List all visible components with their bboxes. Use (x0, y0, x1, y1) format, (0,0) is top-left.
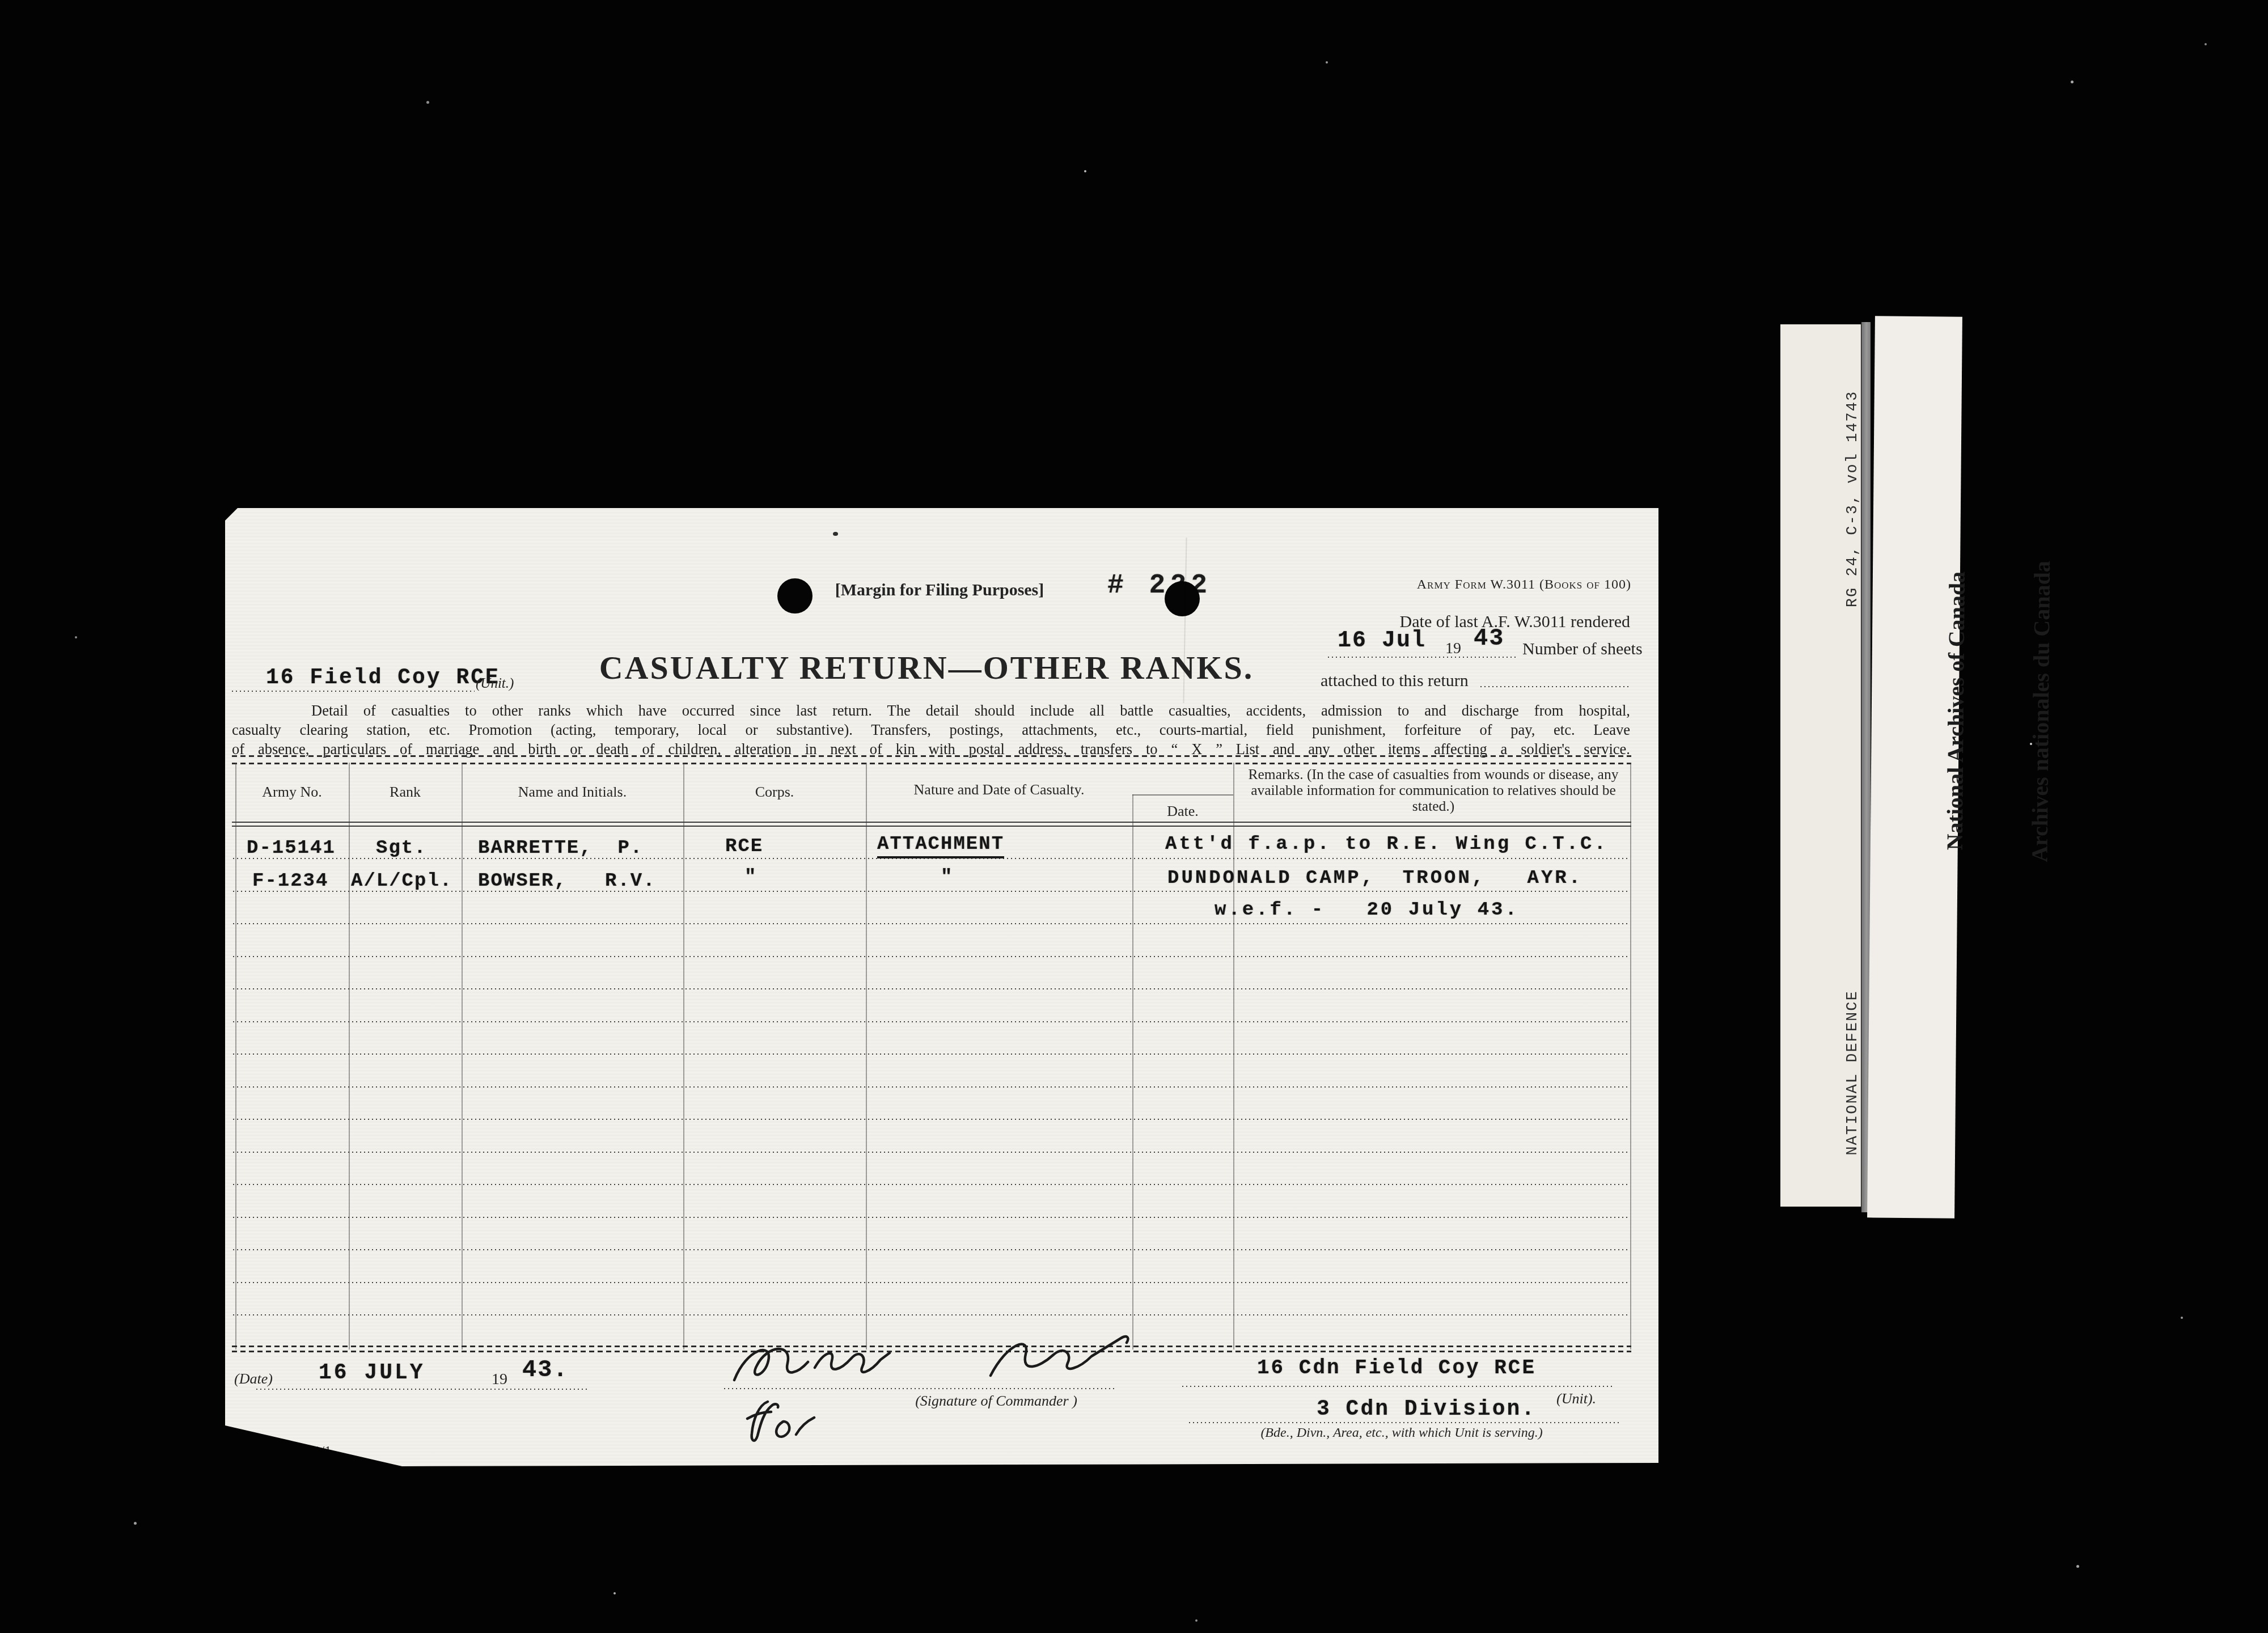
national-archives-text: National Archives of Canada Archives nat… (1883, 484, 1946, 938)
footer-unit-label: (Unit). (1556, 1390, 1596, 1407)
film-speck (2076, 1565, 2079, 1568)
archive-reference-strip: RG 24, C-3, vol 14743 File/dossier 718 N… (1780, 324, 1861, 1207)
header-name-initials: Name and Initials. (462, 784, 683, 801)
table-row-dotted-line (233, 1119, 1630, 1120)
footer-unit-value: 16 Cdn Field Coy RCE (1257, 1356, 1536, 1380)
table-row-dotted-line (233, 1249, 1630, 1250)
national-defence-text: NATIONAL DEFENCE DEFENSE NATIONALE (1799, 940, 1842, 1206)
table-row-dotted-line (233, 988, 1630, 989)
punch-hole-right (1165, 581, 1200, 616)
number-of-sheets-label: Number of sheets (1522, 640, 1643, 659)
footer-year-prefix: 19 (492, 1370, 507, 1389)
attached-dotted-line (1480, 686, 1630, 687)
header-date-subcolumn: Date. (1132, 803, 1233, 820)
header-bottom-rule-2 (232, 826, 1631, 827)
footer-division-label: (Bde., Divn., Area, etc., with which Uni… (1240, 1425, 1563, 1441)
national-archives-line1: National Archives of Canada (1940, 484, 1972, 937)
table-row-dotted-line (233, 923, 1630, 924)
national-archives-line2: Archives nationales du Canada (2025, 485, 2057, 938)
film-speck (75, 636, 77, 638)
header-rank: Rank (349, 784, 462, 801)
col-divider-corps-nature (866, 763, 867, 1349)
punch-hole-left (777, 578, 813, 614)
table-row-dotted-line (233, 1021, 1630, 1022)
row2-rank: A/L/Cpl. (351, 870, 452, 892)
date-rendered-dotted-line (1328, 657, 1518, 658)
film-speck (134, 1522, 137, 1525)
col-divider-nature-date (1132, 794, 1133, 1349)
footer-date-value: 16 JULY (319, 1361, 425, 1385)
casualty-return-form-page: [Margin for Filing Purposes] # 222 Army … (225, 508, 1658, 1466)
archive-reference-line1: RG 24, C-3, vol 14743 (1842, 340, 1864, 658)
header-army-no: Army No. (235, 784, 349, 801)
date-subcolumn-top-rule (1132, 794, 1233, 796)
film-speck (426, 101, 429, 104)
col-divider-name-corps (683, 763, 684, 1349)
film-speck (2204, 43, 2207, 45)
archive-reference-text: RG 24, C-3, vol 14743 File/dossier 718 (1799, 340, 1842, 658)
footer-date-dotted-line (256, 1389, 588, 1390)
header-corps: Corps. (683, 784, 866, 801)
paper-speck (833, 532, 838, 536)
instructions-line-2: casualty clearing station, etc. Promotio… (232, 721, 1630, 739)
row2-army-no: F-1234 (252, 870, 328, 892)
film-speck (1326, 61, 1328, 64)
footer-unit-dotted-line (1182, 1386, 1612, 1387)
film-speck (1195, 1619, 1198, 1622)
attached-to-return-label: attached to this return (1321, 671, 1469, 691)
year-prefix-printed: 19 (1445, 640, 1461, 658)
instructions-line-1: Detail of casualties to other ranks whic… (232, 702, 1630, 720)
table-top-rule-2 (232, 763, 1631, 764)
national-archives-strip: National Archives of Canada Archives nat… (1867, 316, 1962, 1218)
row1-nature: ATTACHMENT (877, 834, 1004, 858)
row1-corps: RCE (725, 836, 763, 857)
unit-label: (Unit.) (476, 676, 514, 692)
row1-army-no: D-15141 (247, 837, 336, 859)
footer-division-dotted-line (1189, 1422, 1620, 1423)
film-speck (613, 1592, 616, 1594)
signature-dotted-line (724, 1388, 1115, 1389)
form-title: CASUALTY RETURN—OTHER RANKS. (530, 649, 1323, 687)
footer-division-value: 3 Cdn Division. (1317, 1397, 1536, 1422)
table-left-edge (235, 763, 236, 1349)
footer-year-stamp: 43. (522, 1356, 569, 1384)
footer-date-label: (Date) (234, 1370, 273, 1387)
row2-name: BOWSER, R.V. (478, 870, 656, 892)
form-number: Forms W.3011/1. (241, 1444, 335, 1459)
remarks-line-2: DUNDONALD CAMP, TROON, AYR. (1167, 868, 1582, 889)
unit-dotted-line (232, 691, 475, 692)
col-divider-armyno-rank (349, 763, 350, 1349)
header-bottom-rule-1 (232, 822, 1631, 823)
film-speck (2181, 1317, 2183, 1319)
table-top-rule-1 (232, 755, 1631, 757)
signature-caption: (Signature of Commander ) (871, 1393, 1121, 1410)
table-row-dotted-line (233, 1282, 1630, 1283)
table-row-dotted-line (233, 1217, 1630, 1218)
table-row-dotted-line (233, 1086, 1630, 1088)
header-nature-date: Nature and Date of Casualty. (866, 781, 1132, 798)
table-row-dotted-line (233, 1152, 1630, 1153)
margin-filing-note: [Margin for Filing Purposes] (815, 581, 1064, 600)
table-right-edge (1630, 763, 1631, 1349)
scanned-photo-canvas: [Margin for Filing Purposes] # 222 Army … (0, 0, 2268, 1633)
row2-corps-ditto: " (744, 866, 757, 888)
table-row-dotted-line (233, 1314, 1630, 1315)
film-speck (1084, 170, 1086, 172)
signature-for-scrawl (738, 1393, 823, 1445)
remarks-line-1: Att'd f.a.p. to R.E. Wing C.T.C. (1165, 834, 1608, 855)
header-remarks: Remarks. (In the case of casualties from… (1240, 767, 1627, 814)
national-defence-line1: NATIONAL DEFENCE (1842, 940, 1864, 1206)
year-stamp: 43 (1474, 625, 1504, 652)
unit-typed-value: 16 Field Coy RCE (266, 666, 500, 690)
remarks-line-3: w.e.f. - 20 July 43. (1215, 899, 1519, 921)
col-divider-rank-name (462, 763, 463, 1349)
table-row-dotted-line (233, 956, 1630, 957)
film-speck (2071, 81, 2074, 83)
table-row-dotted-line (233, 1184, 1630, 1185)
date-of-last-return-stamp: 16 Jul (1338, 628, 1426, 654)
row2-nature-ditto: " (941, 866, 953, 888)
row1-name: BARRETTE, P. (478, 837, 643, 859)
row1-rank: Sgt. (376, 837, 427, 859)
table-row-dotted-line (233, 1054, 1630, 1055)
army-form-reference: Army Form W.3011 (Books of 100) (1382, 577, 1631, 593)
